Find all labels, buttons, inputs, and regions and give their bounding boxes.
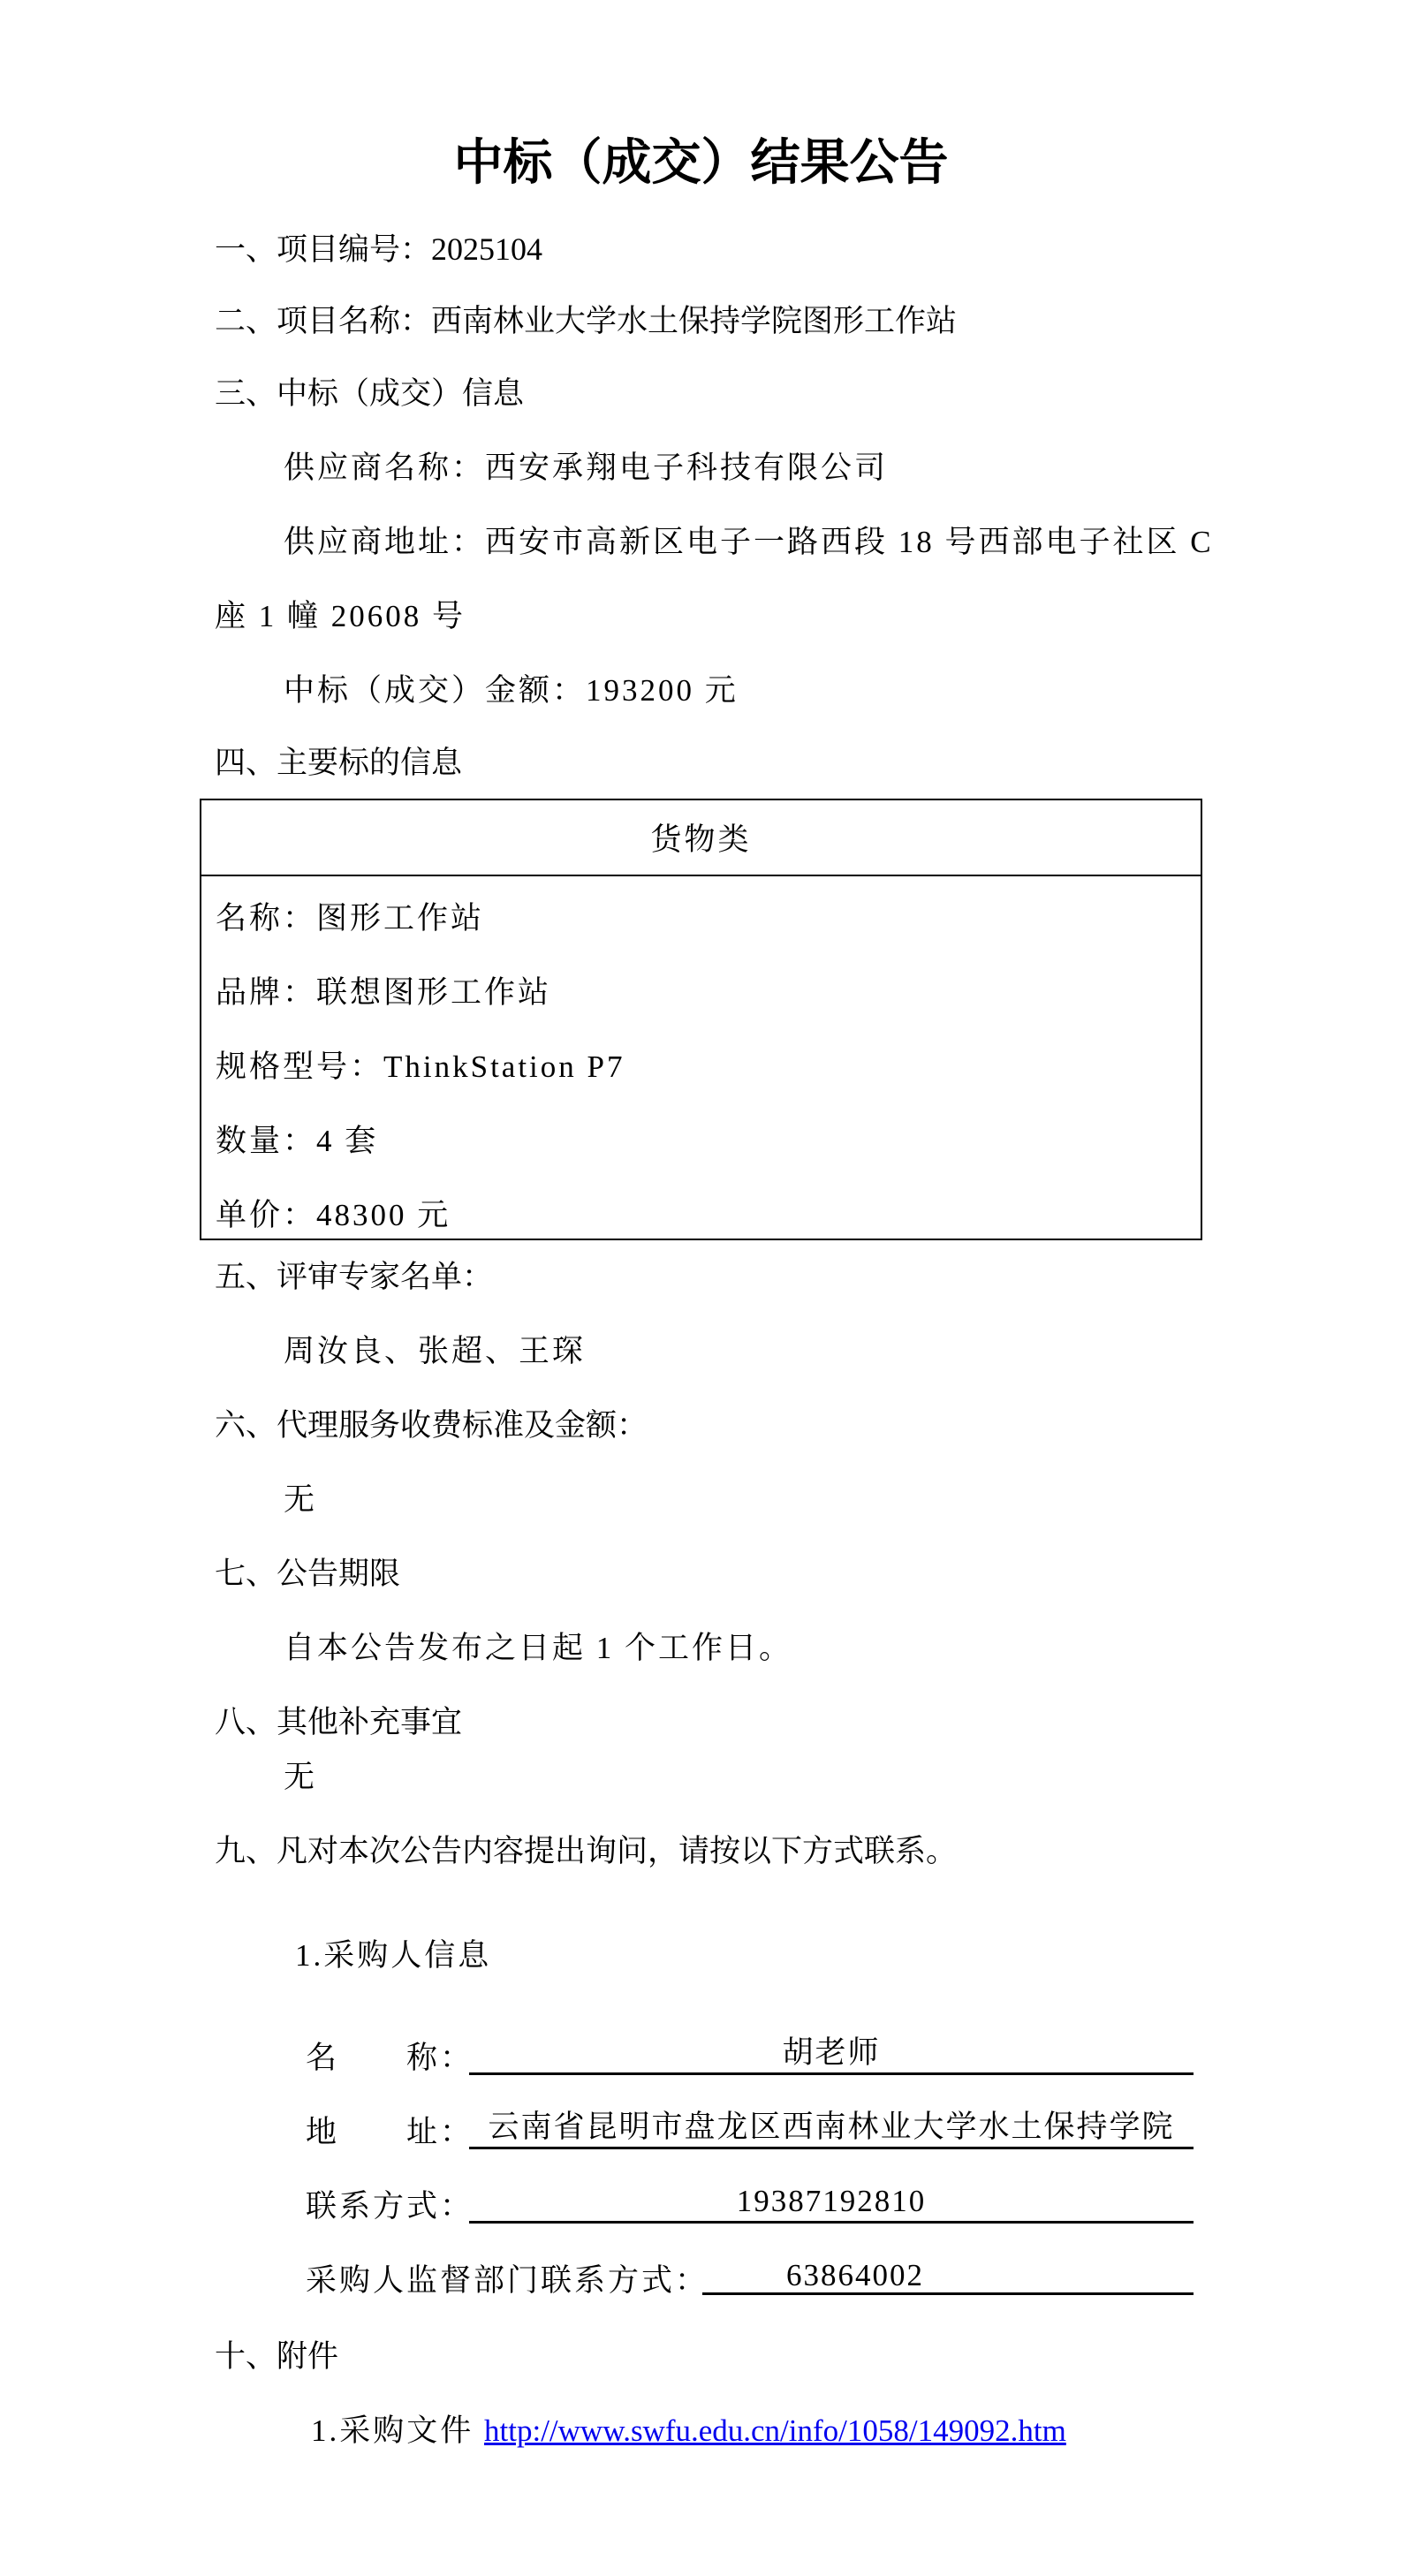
purchaser-info-title: 1.采购人信息: [295, 1936, 491, 1975]
purchaser-contact-label: 联系方式：: [306, 2187, 474, 2226]
section-attachments-heading: 十、附件: [215, 2337, 338, 2376]
award-amount: 中标（成交）金额：193200 元: [284, 671, 739, 710]
purchaser-address-label: 地 址：: [306, 2113, 474, 2152]
table-header: 货物类: [201, 800, 1201, 876]
section-experts-heading: 五、评审专家名单：: [215, 1258, 493, 1297]
agency-fee-value: 无: [284, 1481, 317, 1519]
section-project-number: 一、项目编号：2025104: [215, 230, 542, 269]
section-announcement-period-heading: 七、公告期限: [215, 1555, 400, 1594]
table-row-brand: 品牌：联想图形工作站: [216, 974, 551, 1012]
page-title: 中标（成交）结果公告: [0, 124, 1402, 194]
section-project-name: 二、项目名称：西南林业大学水土保持学院图形工作站: [215, 302, 957, 341]
purchaser-name-label: 名 称：: [306, 2039, 474, 2078]
other-matters-value: 无: [284, 1758, 317, 1797]
supervisor-contact-field: 63864002: [702, 2256, 1194, 2295]
table-row-quantity: 数量：4 套: [216, 1122, 378, 1161]
purchaser-address-field: 云南省昆明市盘龙区西南林业大学水土保持学院: [469, 2108, 1194, 2149]
supplier-address-line2: 座 1 幢 20608 号: [215, 597, 466, 636]
expert-list: 周汝良、张超、王琛: [284, 1332, 586, 1371]
section-label: 一、项目编号：: [215, 232, 431, 268]
supplier-name: 供应商名称：西安承翔电子科技有限公司: [284, 449, 888, 488]
project-name: 西南林业大学水土保持学院图形工作站: [431, 304, 957, 339]
project-number: 2025104: [431, 231, 542, 267]
section-award-info-heading: 三、中标（成交）信息: [215, 375, 524, 413]
purchaser-contact-field: 19387192810: [469, 2182, 1194, 2224]
table-row-unit-price: 单价：48300 元: [216, 1196, 451, 1235]
attachment-label: 1.采购文件: [311, 2413, 484, 2448]
supplier-address-line1: 供应商地址：西安市高新区电子一路西段 18 号西部电子社区 C: [284, 523, 1214, 562]
section-other-matters-heading: 八、其他补充事宜: [215, 1703, 462, 1742]
section-contact-heading: 九、凡对本次公告内容提出询问，请按以下方式联系。: [215, 1832, 957, 1871]
section-main-items-heading: 四、主要标的信息: [215, 744, 462, 783]
table-row-model: 规格型号：ThinkStation P7: [216, 1048, 625, 1087]
items-table: 货物类 名称：图形工作站 品牌：联想图形工作站 规格型号：ThinkStatio…: [200, 799, 1202, 1240]
announcement-period-value: 自本公告发布之日起 1 个工作日。: [284, 1629, 792, 1668]
table-row-name: 名称：图形工作站: [216, 899, 484, 938]
attachment-link[interactable]: http://www.swfu.edu.cn/info/1058/149092.…: [484, 2413, 1066, 2448]
section-label: 二、项目名称：: [215, 304, 431, 339]
purchaser-name-field: 胡老师: [469, 2034, 1194, 2075]
supervisor-contact-label: 采购人监督部门联系方式：: [306, 2262, 709, 2300]
attachment-item: 1.采购文件 http://www.swfu.edu.cn/info/1058/…: [311, 2412, 1066, 2451]
section-agency-fee-heading: 六、代理服务收费标准及金额：: [215, 1406, 648, 1445]
